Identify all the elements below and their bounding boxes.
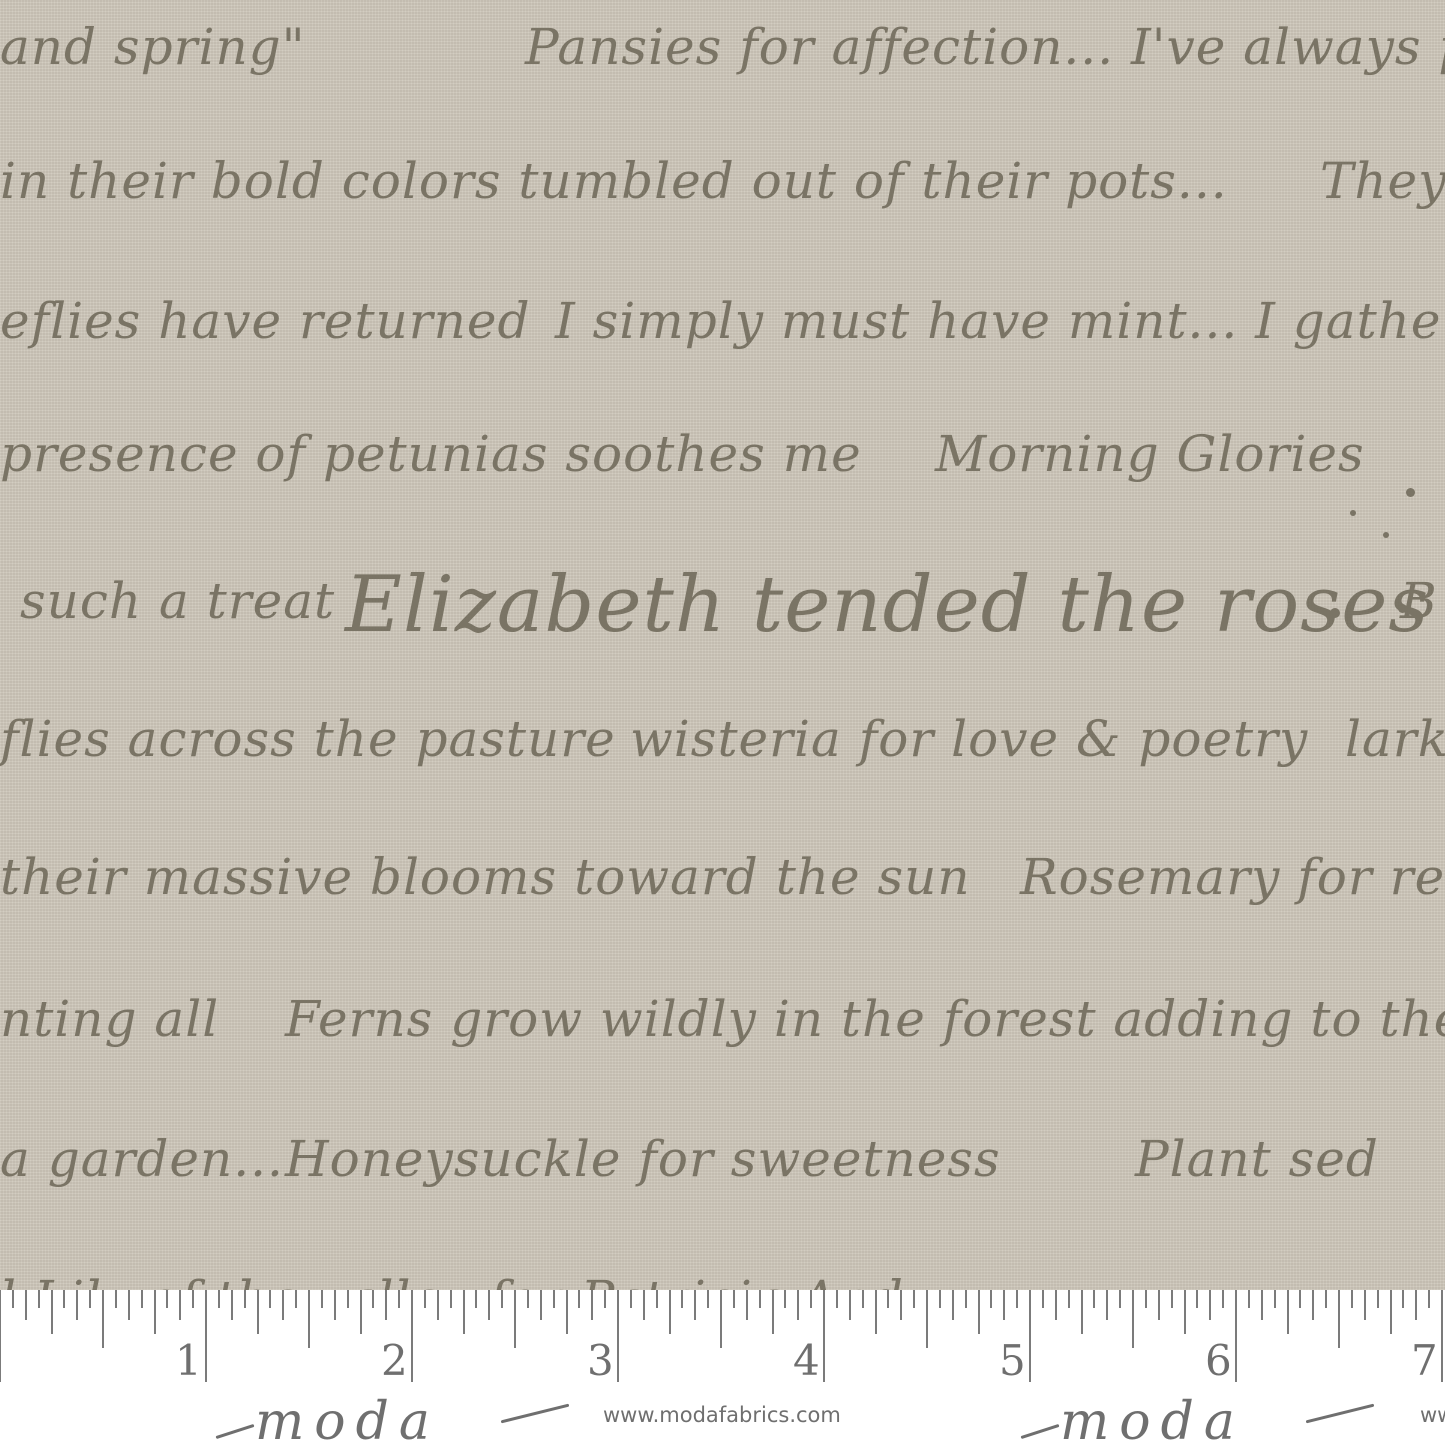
fraction-tick (38, 1290, 40, 1308)
fraction-tick (398, 1290, 400, 1308)
script-text-line: a garden... (0, 1130, 284, 1188)
script-text-line: Pansies for affection... I've always p (525, 18, 1445, 76)
fraction-tick (669, 1290, 671, 1334)
fraction-tick (978, 1290, 980, 1334)
fraction-tick (990, 1290, 992, 1308)
website-url: www.modafabrics.com (1420, 1403, 1445, 1427)
fraction-tick (334, 1290, 336, 1320)
script-text-line: They (1320, 152, 1445, 210)
fabric-swatch: and spring"Pansies for affection... I've… (0, 0, 1445, 1290)
fraction-tick (372, 1290, 374, 1308)
fraction-tick (965, 1290, 967, 1308)
fraction-tick (810, 1290, 812, 1308)
script-text-line: Rosemary for re (1020, 848, 1445, 906)
fraction-tick (578, 1290, 580, 1308)
fraction-tick (295, 1290, 297, 1308)
fraction-tick (591, 1290, 593, 1320)
script-text-line: eflies have returned (0, 292, 530, 350)
script-text-line: Plant sed (1135, 1130, 1379, 1188)
inch-tick (1029, 1290, 1031, 1382)
logo-swash (501, 1404, 570, 1424)
decorative-dot (1350, 510, 1356, 516)
inch-tick (1235, 1290, 1237, 1382)
ruler-number: 4 (793, 1336, 820, 1385)
fraction-tick (218, 1290, 220, 1308)
script-text-line: B (1400, 572, 1438, 630)
fraction-tick (784, 1290, 786, 1308)
fraction-tick (926, 1290, 928, 1348)
fraction-tick (1377, 1290, 1379, 1308)
fraction-tick (192, 1290, 194, 1308)
fraction-tick (862, 1290, 864, 1308)
script-text-line: presence of petunias soothes me (0, 425, 862, 483)
logo-swash (1021, 1424, 1060, 1439)
fraction-tick (939, 1290, 941, 1308)
decorative-dot (1398, 604, 1407, 613)
fraction-tick (51, 1290, 53, 1334)
fraction-tick (1248, 1290, 1250, 1308)
inch-tick (617, 1290, 619, 1382)
fraction-tick (1274, 1290, 1276, 1308)
logo-swash (1306, 1404, 1375, 1424)
fraction-tick (282, 1290, 284, 1320)
script-text-line: Elizabeth tended the roses (345, 560, 1429, 650)
fraction-tick (1196, 1290, 1198, 1308)
fraction-tick (630, 1290, 632, 1308)
fraction-tick (257, 1290, 259, 1334)
fraction-tick (244, 1290, 246, 1308)
inch-tick (411, 1290, 413, 1382)
fraction-tick (836, 1290, 838, 1308)
moda-logo: moda (255, 1392, 440, 1445)
fraction-tick (1171, 1290, 1173, 1308)
fraction-tick (694, 1290, 696, 1320)
fraction-tick (656, 1290, 658, 1308)
fraction-tick (154, 1290, 156, 1334)
fraction-tick (308, 1290, 310, 1348)
fraction-tick (540, 1290, 542, 1320)
fraction-tick (1351, 1290, 1353, 1308)
script-text-line: their massive blooms toward the sun (0, 848, 971, 906)
fraction-tick (952, 1290, 954, 1320)
fraction-tick (720, 1290, 722, 1348)
script-text-line: flies across the pasture (0, 710, 616, 768)
fraction-tick (1402, 1290, 1404, 1308)
fraction-tick (1042, 1290, 1044, 1308)
fraction-tick (437, 1290, 439, 1320)
inch-tick (205, 1290, 207, 1382)
fraction-tick (1287, 1290, 1289, 1334)
fraction-tick (759, 1290, 761, 1308)
script-text-line: lark (1345, 710, 1445, 768)
fraction-tick (681, 1290, 683, 1308)
fraction-tick (488, 1290, 490, 1320)
fraction-tick (772, 1290, 774, 1334)
fraction-tick (76, 1290, 78, 1320)
fraction-tick (1299, 1290, 1301, 1308)
fraction-tick (321, 1290, 323, 1308)
fraction-tick (1132, 1290, 1134, 1348)
inch-tick (0, 1290, 1, 1382)
fraction-tick (553, 1290, 555, 1308)
fraction-tick (1119, 1290, 1121, 1308)
ruler-number: 7 (1411, 1336, 1438, 1385)
fraction-tick (746, 1290, 748, 1320)
fraction-tick (347, 1290, 349, 1308)
ruler-number: 6 (1205, 1336, 1232, 1385)
fraction-tick (514, 1290, 516, 1348)
moda-logo: moda (1060, 1392, 1245, 1445)
fraction-tick (849, 1290, 851, 1320)
fraction-tick (1055, 1290, 1057, 1320)
fraction-tick (913, 1290, 915, 1308)
fraction-tick (1222, 1290, 1224, 1308)
fraction-tick (1106, 1290, 1108, 1320)
fraction-tick (1364, 1290, 1366, 1320)
script-text-line: wisteria for love & poetry (630, 710, 1308, 768)
fraction-tick (1428, 1290, 1430, 1308)
fraction-tick (1261, 1290, 1263, 1320)
fraction-tick (1415, 1290, 1417, 1320)
fraction-tick (231, 1290, 233, 1320)
ruler-number: 1 (175, 1336, 202, 1385)
fraction-tick (1093, 1290, 1095, 1308)
fraction-tick (1312, 1290, 1314, 1320)
script-text-line: I simply must have mint... I gathe (555, 292, 1441, 350)
script-text-line: and spring" (0, 18, 306, 76)
fraction-tick (900, 1290, 902, 1320)
fraction-tick (1184, 1290, 1186, 1334)
fraction-tick (1338, 1290, 1340, 1348)
fraction-tick (707, 1290, 709, 1308)
fraction-tick (166, 1290, 168, 1308)
fraction-tick (89, 1290, 91, 1308)
ruler: 1234567modamodawww.modafabrics.comwww.mo… (0, 1290, 1445, 1445)
fraction-tick (102, 1290, 104, 1348)
fraction-tick (1016, 1290, 1018, 1308)
fraction-tick (1158, 1290, 1160, 1320)
fraction-tick (12, 1290, 14, 1308)
fraction-tick (141, 1290, 143, 1308)
fraction-tick (424, 1290, 426, 1308)
inch-tick (1441, 1290, 1443, 1382)
fraction-tick (501, 1290, 503, 1308)
script-text-line: in their bold colors tumbled out of thei… (0, 152, 1228, 210)
fraction-tick (566, 1290, 568, 1334)
fraction-tick (527, 1290, 529, 1308)
fraction-tick (1145, 1290, 1147, 1308)
fraction-tick (385, 1290, 387, 1320)
fraction-tick (25, 1290, 27, 1320)
fraction-tick (875, 1290, 877, 1334)
ruler-number: 3 (587, 1336, 614, 1385)
fraction-tick (887, 1290, 889, 1308)
fraction-tick (643, 1290, 645, 1320)
script-text-line: Honeysuckle for sweetness (285, 1130, 1001, 1188)
inch-tick (823, 1290, 825, 1382)
fraction-tick (128, 1290, 130, 1320)
script-text-line: Ferns grow wildly in the forest adding t… (285, 990, 1445, 1048)
script-text-line: nting all (0, 990, 219, 1048)
script-text-line: Morning Glories (935, 425, 1365, 483)
fraction-tick (1003, 1290, 1005, 1320)
script-text-line: such a treat (20, 572, 335, 630)
fraction-tick (475, 1290, 477, 1308)
fraction-tick (450, 1290, 452, 1308)
fraction-tick (1390, 1290, 1392, 1334)
fraction-tick (115, 1290, 117, 1308)
fraction-tick (179, 1290, 181, 1320)
fraction-tick (1068, 1290, 1070, 1308)
decorative-dot (1383, 532, 1389, 538)
fraction-tick (604, 1290, 606, 1308)
decorative-dot (1406, 488, 1415, 497)
fraction-tick (733, 1290, 735, 1308)
fraction-tick (797, 1290, 799, 1320)
script-text-line: l Lily of the valley for Patricia And (0, 1270, 904, 1290)
fraction-tick (269, 1290, 271, 1308)
fraction-tick (1081, 1290, 1083, 1334)
ruler-number: 2 (381, 1336, 408, 1385)
fraction-tick (463, 1290, 465, 1334)
ruler-number: 5 (999, 1336, 1026, 1385)
fraction-tick (360, 1290, 362, 1334)
fraction-tick (1209, 1290, 1211, 1320)
logo-swash (216, 1424, 255, 1439)
decorative-dot (1330, 608, 1340, 618)
fraction-tick (63, 1290, 65, 1308)
fraction-tick (1325, 1290, 1327, 1308)
website-url: www.modafabrics.com (603, 1403, 841, 1427)
